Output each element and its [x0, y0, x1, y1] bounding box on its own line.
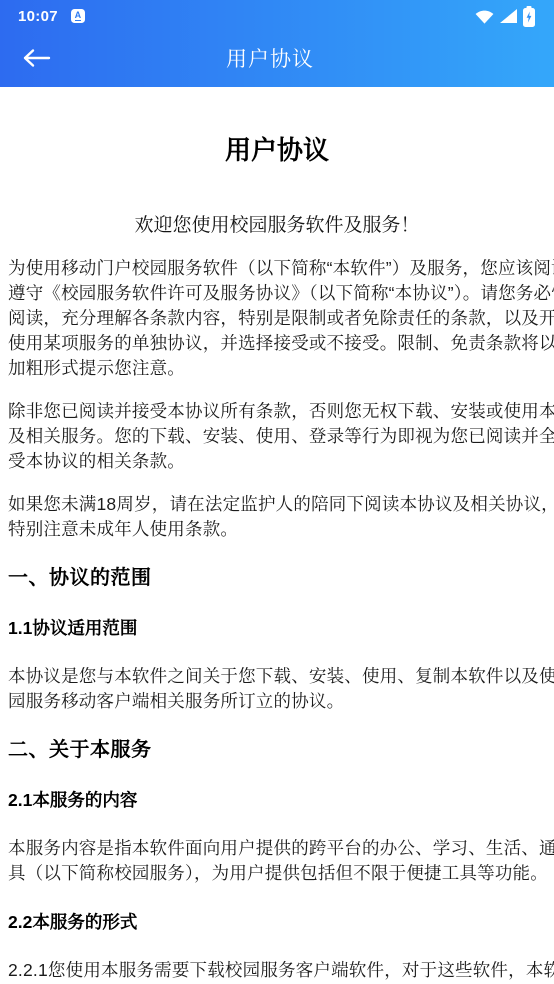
intro-paragraph-1: 为使用移动门户校园服务软件（以下简称“本软件”）及服务，您应该阅读并遵守《校园服…	[8, 256, 554, 381]
user-agreement-screen: 10:07 A	[0, 0, 554, 984]
notification-app-a-icon: A	[71, 9, 85, 23]
notification-app-a-letter: A	[75, 11, 82, 22]
status-bar-icons	[475, 6, 535, 27]
intro-paragraph-2: 除非您已阅读并接受本协议所有条款，否则您无权下载、安装或使用本软件及相关服务。您…	[8, 399, 554, 474]
section-2-1-paragraph: 本服务内容是指本软件面向用户提供的跨平台的办公、学习、生活、通讯工具（以下简称校…	[8, 836, 554, 886]
section-1-1-paragraph: 本协议是您与本软件之间关于您下载、安装、使用、复制本软件以及使用校园服务移动客户…	[8, 664, 554, 714]
document-title: 用户协议	[8, 133, 546, 167]
battery-charging-icon	[523, 6, 535, 27]
section-2-1-heading: 2.1本服务的内容	[8, 788, 554, 812]
section-1-heading: 一、协议的范围	[8, 564, 554, 592]
status-time: 10:07	[18, 8, 58, 25]
agreement-scroll-area[interactable]: 用户协议 欢迎您使用校园服务软件及服务！ 为使用移动门户校园服务软件（以下简称“…	[0, 133, 554, 983]
section-1-1-heading: 1.1协议适用范围	[8, 616, 554, 640]
app-bar-title: 用户协议	[0, 43, 540, 73]
status-bar: 10:07 A	[0, 0, 554, 28]
intro-paragraph-3: 如果您未满18周岁，请在法定监护人的陪同下阅读本协议及相关协议，并特别注意未成年…	[8, 492, 554, 542]
app-bar: 用户协议	[0, 28, 554, 87]
section-2-2-paragraph: 2.2.1您使用本服务需要下载校园服务客户端软件，对于这些软件，本软	[8, 958, 554, 983]
cellular-signal-icon	[500, 9, 517, 23]
section-2-2-heading: 2.2本服务的形式	[8, 910, 554, 934]
wifi-icon	[475, 9, 494, 24]
header: 10:07 A	[0, 0, 554, 87]
section-2-heading: 二、关于本服务	[8, 736, 554, 764]
welcome-line: 欢迎您使用校园服务软件及服务！	[8, 213, 546, 238]
